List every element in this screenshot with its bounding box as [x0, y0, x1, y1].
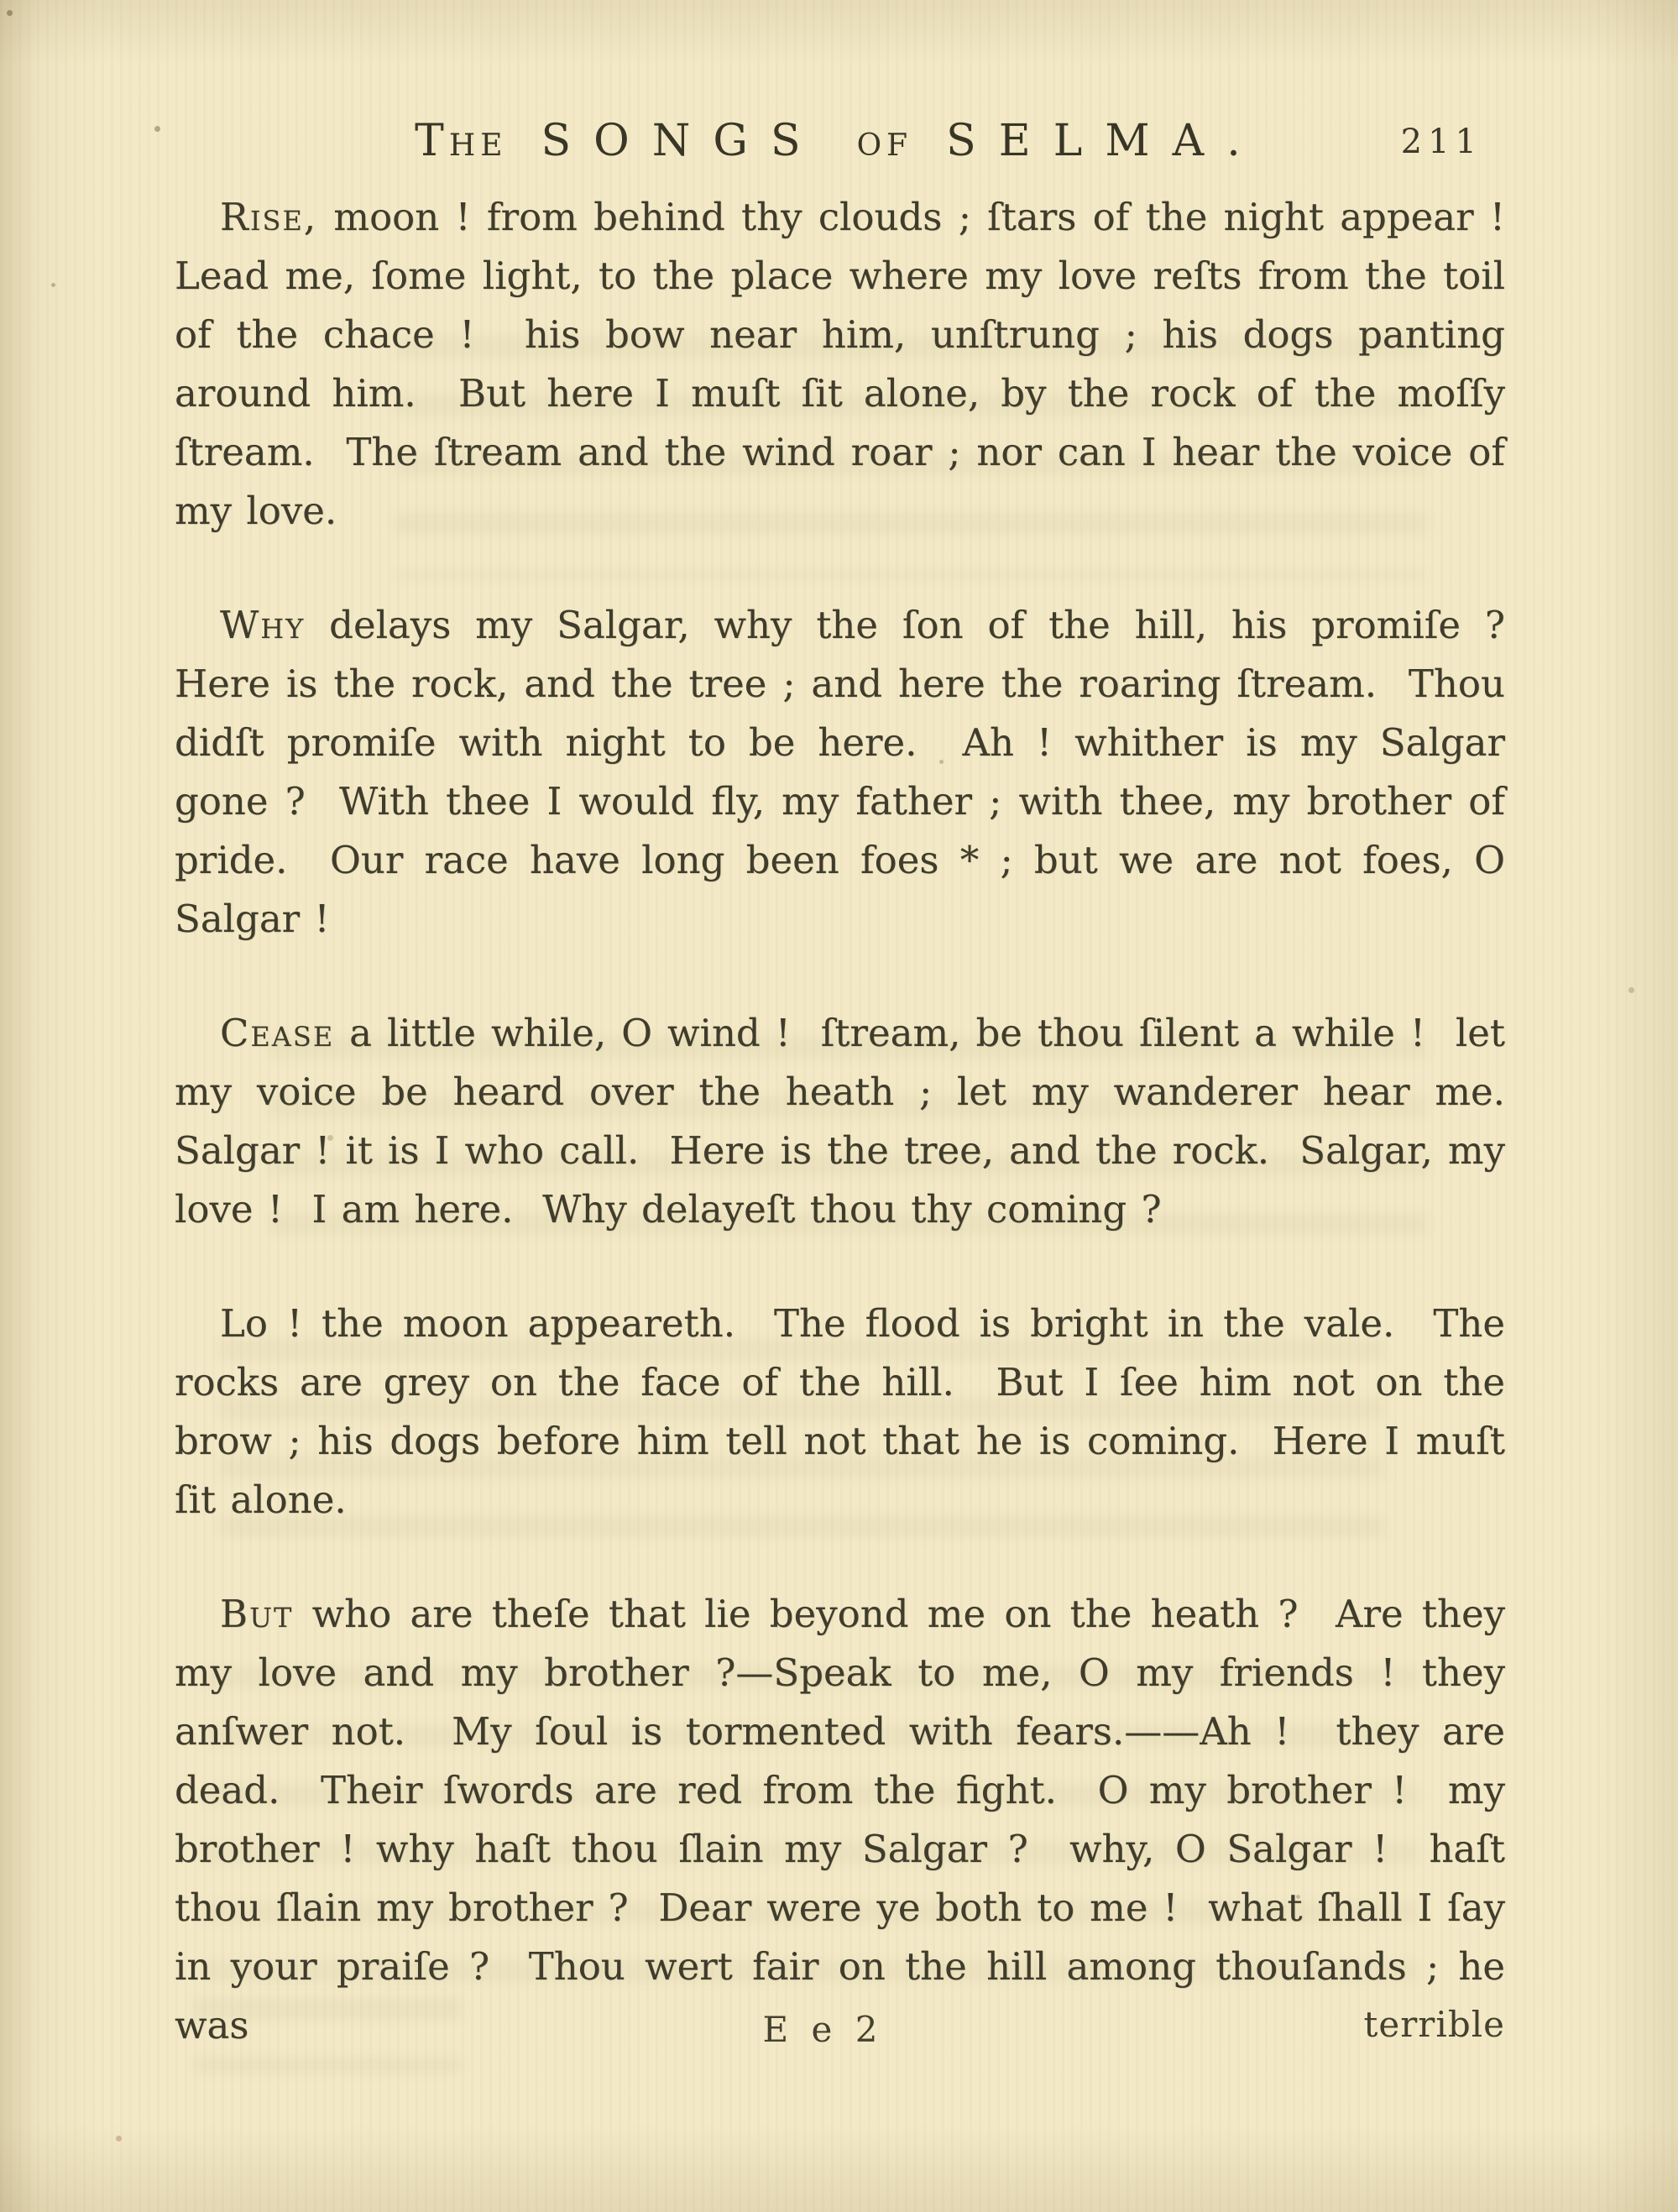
paragraph-lead: Cease [220, 1011, 334, 1055]
paragraph-3: Cease a little while, O wind ! ſtream, b… [175, 1004, 1505, 1239]
title-word-selma: SELMA. [946, 116, 1263, 166]
paragraph-lead: Lo ! [220, 1301, 302, 1346]
title-word-of: of [857, 116, 913, 166]
paragraph-lead: Why [220, 603, 305, 647]
title-word-songs: SONGS [541, 116, 823, 166]
paragraph-text: who are theſe that lie beyond me on the … [175, 1592, 1519, 2047]
page-body: Rise, moon ! from behind thy clouds ; ſt… [175, 188, 1505, 2055]
page-footer: E e 2 terrible [175, 2005, 1505, 2065]
paragraph-4: Lo ! the moon appeareth. The flood is br… [175, 1294, 1505, 1530]
paragraph-1: Rise, moon ! from behind thy clouds ; ſt… [175, 188, 1505, 541]
title-word-the: The [415, 116, 507, 166]
paragraph-2: Why delays my Salgar, why the ſon of the… [175, 596, 1505, 949]
page-number: 211 [1401, 123, 1482, 161]
running-header: TheSONGSofSELMA. 211 [172, 116, 1506, 166]
paragraph-lead: Rise, [220, 195, 317, 239]
paragraph-text: a little while, O wind ! ſtream, be thou… [175, 1011, 1534, 1232]
paragraph-lead: But [220, 1592, 293, 1636]
paragraph-text: delays my Salgar, why the ſon of the hil… [175, 603, 1534, 941]
page-title: TheSONGSofSELMA. [172, 116, 1506, 166]
paragraph-5: But who are theſe that lie beyond me on … [175, 1585, 1505, 2055]
paragraph-text: the moon appeareth. The flood is bright … [175, 1301, 1519, 1522]
signature-mark: E e 2 [175, 2005, 1472, 2055]
catchword: terrible [1364, 2000, 1506, 2050]
paragraph-text: moon ! from behind thy clouds ; ſtars of… [175, 195, 1534, 533]
foxing-specks [0, 0, 3, 3]
book-page: TheSONGSofSELMA. 211 Rise, moon ! from b… [0, 0, 1678, 2212]
